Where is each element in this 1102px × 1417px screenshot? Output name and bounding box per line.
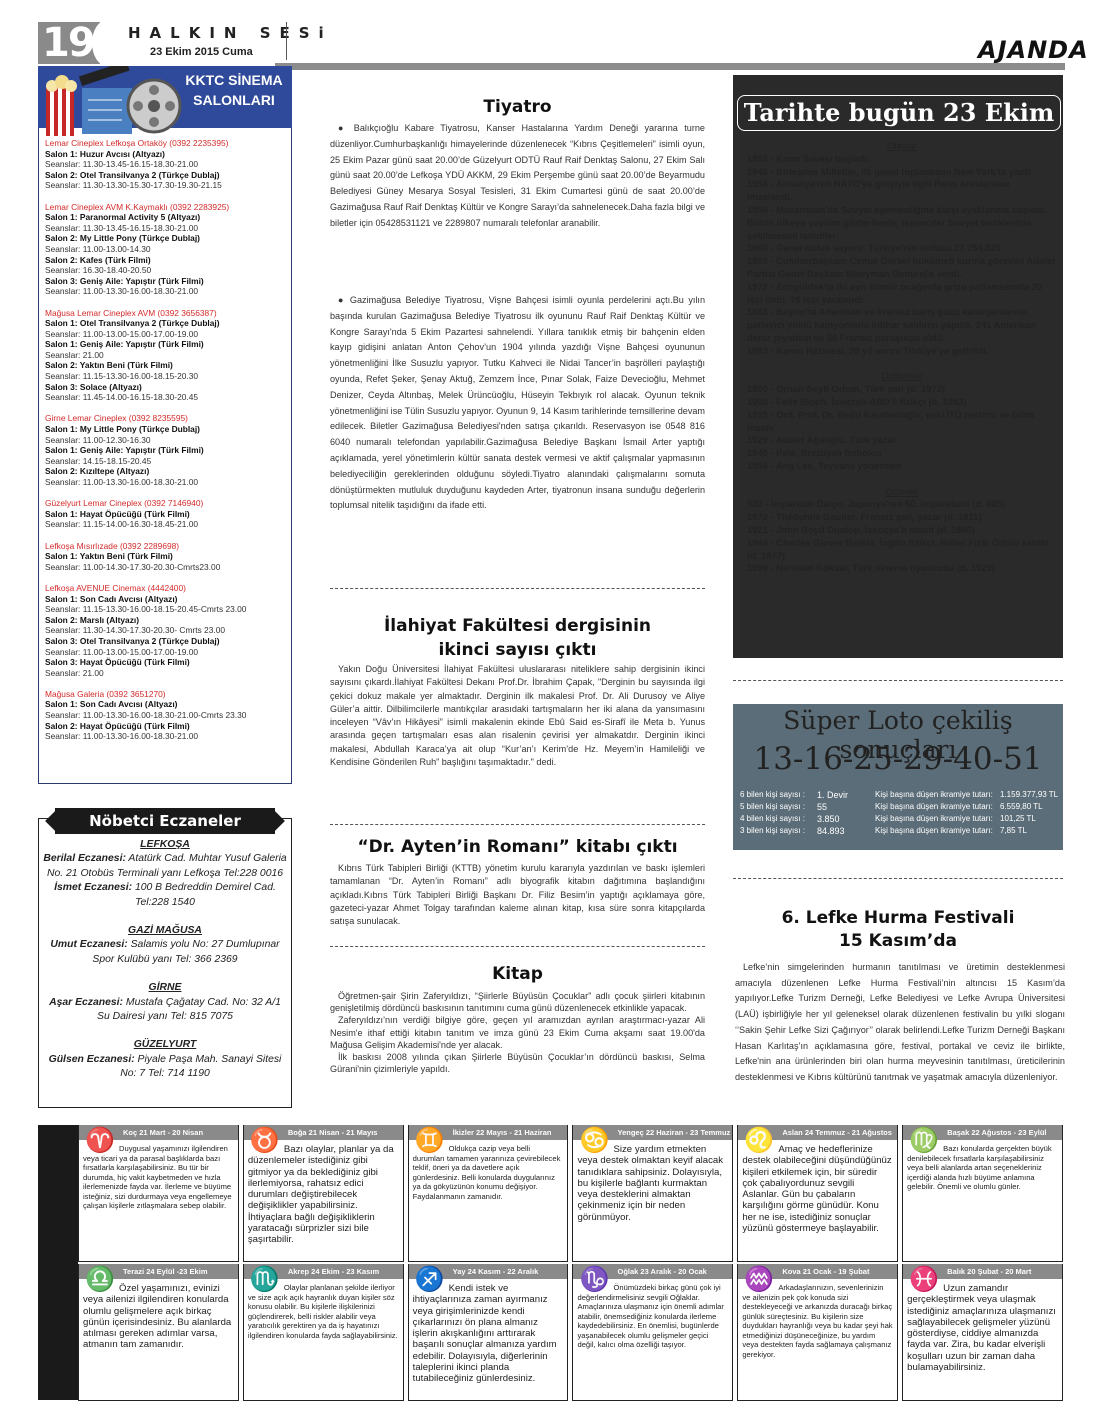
zodiac-sign-icon: ♉ xyxy=(248,1126,282,1156)
pharmacy-entry: Umut Eczanesi: Salamis yolu No: 27 Dumlu… xyxy=(42,938,288,967)
zodiac-sign-icon: ♐ xyxy=(413,1265,447,1295)
loto-label: 5 bilen kişi sayısı : xyxy=(740,801,817,813)
showtimes: Seanslar: 11.00-13.30-16.00-18.30-21.00 xyxy=(45,286,290,297)
pharmacy-name: Berilal Eczanesi: xyxy=(43,853,126,864)
salon-title: Salon 1: Yaktın Beni (Türk Filmi) xyxy=(45,551,290,562)
showtimes: Seanslar: 21.00 xyxy=(45,350,290,361)
cinema-title-line2: SALONLARI xyxy=(180,90,288,110)
salon-title: Salon 1: My Little Pony (Türkçe Dublaj) xyxy=(45,424,290,435)
history-item: 1954 - Almanya'nın NATO'ya girişiyle ilg… xyxy=(747,178,1057,204)
lefke-title-line1: 6. Lefke Hurma Festivali xyxy=(733,907,1063,930)
spacer xyxy=(42,967,288,981)
masthead-divider xyxy=(286,22,287,60)
page-number: 19 xyxy=(38,22,100,64)
history-item: 1999 - Neriman Köksal, Türk sinema oyunc… xyxy=(747,562,1057,575)
history-list: Olaylar1853 - Kırım Savaşı başladı.1946 … xyxy=(747,140,1057,575)
cinema-theater: Lemar Cineplex Lefkoşa Ortaköy (0392 223… xyxy=(45,138,290,191)
history-item: 1960 - Genel nüfus sayımı: Türkiye'nin n… xyxy=(747,242,1057,255)
article-body-tiyatro-1: ● Balıkçıoğlu Kabare Tiyatrosu, Kanser H… xyxy=(330,121,705,232)
cinema-title-line1: KKTC SİNEMA xyxy=(180,70,288,90)
history-title: Tarihte bugün 23 Ekim xyxy=(737,95,1061,131)
loto-prize: 101,25 TL xyxy=(1000,813,1036,825)
salon-title: Salon 1: Paranormal Activity 5 (Altyazı) xyxy=(45,212,290,223)
spacer xyxy=(42,1024,288,1038)
history-item: 1972 - Zonguldak'ta iki ayrı kömür ocağı… xyxy=(747,281,1057,307)
horoscope-card: Terazi 24 Eylül -23 Ekim♎Özel yaşamınızı… xyxy=(78,1264,239,1401)
horoscope-text: Kendi istek ve ihtiyaçlarınıza zaman ayı… xyxy=(413,1283,564,1385)
pharmacy-title: Nöbetci Eczaneler xyxy=(55,808,275,834)
kitap-paragraph-2: Zaferyıldızı’nın verdiği bilgiye göre, g… xyxy=(330,1014,705,1051)
pharmacy-address: 100 B Bedreddin Demirel Cad. Tel:228 154… xyxy=(132,882,276,907)
showtimes: Seanslar: 11.00-13.00-15.00-17.00-19.00 xyxy=(45,329,290,340)
showtimes: Seanslar: 11.30-13.30-15.30-17.30-19.30-… xyxy=(45,180,290,191)
showtimes: Seanslar: 11.15-13.30-16.00-18.15-20.30 xyxy=(45,371,290,382)
divider xyxy=(330,824,705,825)
cinema-list: Lemar Cineplex Lefkoşa Ortaköy (0392 223… xyxy=(45,138,290,752)
history-item: 1940 - Pelé, Brezilyalı futbolcu xyxy=(747,447,1057,460)
history-item: 1890 - Orhan Seyfi Orhon, Türk şair (ö. … xyxy=(747,383,1057,396)
lefke-title-line2: 15 Kasım’da xyxy=(733,930,1063,953)
salon-title: Salon 2: Kızıltepe (Altyazı) xyxy=(45,466,290,477)
horoscope-card: Yengeç 22 Haziran - 23 Temmuz♋Size yardı… xyxy=(572,1125,733,1262)
pharmacy-city: GİRNE xyxy=(42,981,288,995)
salon-title: Salon 2: Otel Transilvanya 2 (Türkçe Dub… xyxy=(45,170,290,181)
showtimes: Seanslar: 11.00-12.30-16.30 xyxy=(45,435,290,446)
horoscope-card: Boğa 21 Nisan - 21 Mayıs♉Bazı olaylar, p… xyxy=(243,1125,404,1262)
horoscope-text: Uzun zamandır gerçekleştirmek veya ulaşm… xyxy=(907,1283,1058,1373)
cinema-theater: Lemar Cineplex AVM K.Kaymaklı (0392 2283… xyxy=(45,202,290,297)
page-number-curve xyxy=(92,20,122,66)
pharmacy-entry: Berilal Eczanesi: Atatürk Cad. Muhtar Yu… xyxy=(42,852,288,881)
cinema-theater: Mağusa Lemar Cineplex AVM (0392 3656387)… xyxy=(45,308,290,403)
salon-title: Salon 1: Otel Transilvanya 2 (Türkçe Dub… xyxy=(45,318,290,329)
showtimes: Seanslar: 16.30-18.40-20.50 xyxy=(45,265,290,276)
loto-prize-label: Kişi başına düşen ikramiye tutarı: xyxy=(875,813,1000,825)
showtimes: Seanslar: 11.00-14.30-17.30-20.30-Cmrts2… xyxy=(45,562,290,573)
spacer xyxy=(42,910,288,924)
history-section-heading: Doğumlar xyxy=(747,370,1057,383)
pharmacy-entry: Gülsen Eczanesi: Piyale Paşa Mah. Sanayi… xyxy=(42,1053,288,1082)
horoscope-card: Yay 24 Kasım - 22 Aralık♐Kendi istek ve … xyxy=(408,1264,569,1401)
horoscope-card: Balık 20 Şubat - 20 Mart♓Uzun zamandır g… xyxy=(902,1264,1063,1401)
history-item: 1993 - Karun Hazinesi, 28 yıl sonra Türk… xyxy=(747,345,1057,358)
cinema-theater: Girne Lemar Cineplex (0392 8235595)Salon… xyxy=(45,413,290,487)
zodiac-sign-icon: ♈ xyxy=(83,1126,117,1156)
loto-results-table: 6 bilen kişi sayısı :1. DevirKişi başına… xyxy=(740,789,1060,837)
divider xyxy=(330,588,705,589)
loto-count: 55 xyxy=(817,801,875,813)
cinema-theater: Mağusa Galeria (0392 3651270)Salon 1: So… xyxy=(45,689,290,742)
showtimes: Seanslar: 11.30-13.45-16.15-18.30-21.00 xyxy=(45,223,290,234)
showtimes: Seanslar: 11.00-13.30-16.00-18.30-21.00-… xyxy=(45,710,290,721)
history-item: 1915 - Ord. Prof. Dr. Bedri Karafakioğlu… xyxy=(747,409,1057,435)
theater-name: Girne Lemar Cineplex (0392 8235595) xyxy=(45,413,290,424)
showtimes: Seanslar: 11.30-14.30-17.30-20.30- Cmrts… xyxy=(45,625,290,636)
pharmacy-list: LEFKOŞABerilal Eczanesi: Atatürk Cad. Mu… xyxy=(42,838,288,1082)
header-bar xyxy=(275,63,1065,70)
history-item: 1946 - Birleşmiş Milletler, ilk genel to… xyxy=(747,166,1057,179)
zodiac-sign-icon: ♑ xyxy=(577,1265,611,1295)
spacer xyxy=(747,473,1057,486)
issue-date: 23 Ekim 2015 Cuma xyxy=(150,46,253,58)
zodiac-sign-icon: ♒ xyxy=(742,1265,776,1295)
showtimes: Seanslar: 21.00 xyxy=(45,668,290,679)
loto-prize-label: Kişi başına düşen ikramiye tutarı: xyxy=(875,789,1000,801)
history-item: 1921 - John Boyd Dunlop, İskoçya'lı muci… xyxy=(747,524,1057,537)
history-section-heading: Ölümler xyxy=(747,486,1057,499)
showtimes: Seanslar: 14.15-18.15-20.45 xyxy=(45,456,290,467)
horoscope-side-banner xyxy=(38,1125,78,1400)
showtimes: Seanslar: 11.00-13.30-16.00-18.30-21.00 xyxy=(45,477,290,488)
loto-prize: 7,85 TL xyxy=(1000,825,1027,837)
history-item: 1853 - Kırım Savaşı başladı. xyxy=(747,153,1057,166)
zodiac-sign-icon: ♍ xyxy=(907,1126,941,1156)
horoscope-text: Bazı olaylar, planlar ya da düzenlemeler… xyxy=(248,1144,399,1246)
cinema-title: KKTC SİNEMA SALONLARI xyxy=(180,70,288,110)
loto-label: 4 bilen kişi sayısı : xyxy=(740,813,817,825)
showtimes: Seanslar: 11.00-13.00-14.30 xyxy=(45,244,290,255)
article-body-lefke: Lefke’nin simgelerinden hurmanın tanıtıl… xyxy=(735,960,1065,1086)
theater-name: Lefkoşa AVENUE Cinemax (4442400) xyxy=(45,583,290,594)
pharmacy-address: Mustafa Çağatay Cad. No: 32 A/1 Su Daire… xyxy=(97,997,281,1022)
showtimes: Seanslar: 11.00-13.00-15.00-17.00-19.00 xyxy=(45,647,290,658)
showtimes: Seanslar: 11.15-14.00-16.30-18.45-21.00 xyxy=(45,519,290,530)
salon-title: Salon 2: Hayat Öpücüğü (Türk Filmi) xyxy=(45,721,290,732)
cinema-theater: Lefkoşa Mısırlızade (0392 2289698)Salon … xyxy=(45,541,290,573)
history-item: 1905 - Felix Bloch, İsviçreli-ABD'li fiz… xyxy=(747,396,1057,409)
showtimes: Seanslar: 11.15-13.30-16.00-18.15-20.45-… xyxy=(45,604,290,615)
horoscope-text: Amaç ve hedeflerinize destek olabileceği… xyxy=(742,1144,893,1234)
horoscope-grid: Koç 21 Mart - 20 Nisan♈Duygusal yaşamını… xyxy=(78,1125,1063,1401)
salon-title: Salon 2: My Little Pony (Türkçe Dublaj) xyxy=(45,233,290,244)
theater-name: Mağusa Galeria (0392 3651270) xyxy=(45,689,290,700)
salon-title: Salon 3: Solace (Altyazı) xyxy=(45,382,290,393)
salon-title: Salon 3: Hayat Öpücüğü (Türk Filmi) xyxy=(45,657,290,668)
horoscope-card: İkizler 22 Mayıs - 21 Haziran♊Oldukça ca… xyxy=(408,1125,569,1262)
horoscope-card: Başak 22 Ağustos - 23 Eylül♍Bazı konular… xyxy=(902,1125,1063,1262)
theater-name: Mağusa Lemar Cineplex AVM (0392 3656387) xyxy=(45,308,290,319)
kitap-paragraph-1: Öğretmen-şair Şirin Zaferyıldızı, “Şiirl… xyxy=(330,990,705,1014)
loto-count: 1. Devir xyxy=(817,789,875,801)
showtimes: Seanslar: 11.00-13.30-16.00-18.30-21.00 xyxy=(45,731,290,742)
cinema-theater: Lefkoşa AVENUE Cinemax (4442400)Salon 1:… xyxy=(45,583,290,678)
horoscope-card: Kova 21 Ocak - 19 Şubat♒Arkadaşlarınızın… xyxy=(737,1264,898,1401)
loto-row: 4 bilen kişi sayısı :3.850Kişi başına dü… xyxy=(740,813,1060,825)
article-body-kitap: Öğretmen-şair Şirin Zaferyıldızı, “Şiirl… xyxy=(330,990,705,1075)
kitap-paragraph-3: İlk baskısı 2008 yılında çıkan Şiirlerle… xyxy=(330,1051,705,1075)
history-item: 1929 - Adalet Ağaoğlu, Türk yazar xyxy=(747,434,1057,447)
pharmacy-city: LEFKOŞA xyxy=(42,838,288,852)
history-item: 1965 - Cumhurbaşkanı Cemal Gürsel hüküme… xyxy=(747,255,1057,281)
horoscope-card: Oğlak 23 Aralık - 20 Ocak♑Önümüzdeki bir… xyxy=(572,1264,733,1401)
zodiac-sign-icon: ♌ xyxy=(742,1126,776,1156)
salon-title: Salon 1: Geniş Aile: Yapıştır (Türk Film… xyxy=(45,339,290,350)
zodiac-sign-icon: ♎ xyxy=(83,1265,117,1295)
section-title: AJANDA xyxy=(978,36,1089,64)
spacer xyxy=(747,358,1057,371)
zodiac-sign-icon: ♏ xyxy=(248,1265,282,1295)
pharmacy-name: Aşar Eczanesi: xyxy=(49,997,123,1008)
salon-title: Salon 3: Geniş Aile: Yapıştır (Türk Film… xyxy=(45,276,290,287)
history-section-heading: Olaylar xyxy=(747,140,1057,153)
zodiac-sign-icon: ♋ xyxy=(577,1126,611,1156)
showtimes: Seanslar: 11.45-14.00-16.15-18.30-20.45 xyxy=(45,392,290,403)
loto-row: 6 bilen kişi sayısı :1. DevirKişi başına… xyxy=(740,789,1060,801)
pharmacy-entry: İsmet Eczanesi: 100 B Bedreddin Demirel … xyxy=(42,881,288,910)
loto-prize-label: Kişi başına düşen ikramiye tutarı: xyxy=(875,801,1000,813)
history-item: 1956 - Macaristan'da Sovyet egemenliğine… xyxy=(747,204,1057,242)
history-item: 930 - İmparator Daigo, Japonya'nın 60. i… xyxy=(747,498,1057,511)
pharmacy-name: İsmet Eczanesi: xyxy=(54,882,132,893)
salon-title: Salon 2: Kafes (Türk Filmi) xyxy=(45,255,290,266)
article-body-tiyatro-2: ● Gazimağusa Belediye Tiyatrosu, Vişne B… xyxy=(330,293,705,514)
history-item: 1954 - Ang Lee, Tayvanlı yönetmen xyxy=(747,460,1057,473)
pharmacy-name: Gülsen Eczanesi: xyxy=(49,1054,135,1065)
loto-label: 3 bilen kişi sayısı : xyxy=(740,825,817,837)
popcorn-clapperboard-film-reel-icon xyxy=(42,66,192,136)
article-body-ayten: Kıbrıs Türk Tabipleri Birliği (KTTB) yön… xyxy=(330,862,705,928)
salon-title: Salon 1: Son Cadı Avcısı (Altyazı) xyxy=(45,594,290,605)
horoscope-card: Akrep 24 Ekim - 23 Kasım♏Olaylar planlan… xyxy=(243,1264,404,1401)
horoscope-card: Aslan 24 Temmuz - 21 Ağustos♌Amaç ve hed… xyxy=(737,1125,898,1262)
zodiac-sign-icon: ♓ xyxy=(907,1265,941,1295)
loto-prize: 1.159.377,93 TL xyxy=(1000,789,1058,801)
salon-title: Salon 1: Son Cadı Avcısı (Altyazı) xyxy=(45,699,290,710)
salon-title: Salon 1: Huzur Avcısı (Altyazı) xyxy=(45,149,290,160)
article-body-ilahiyat: Yakın Doğu Üniversitesi İlahiyat Fakülte… xyxy=(330,663,705,769)
salon-title: Salon 2: Marslı (Altyazı) xyxy=(45,615,290,626)
article-title-ayten: “Dr. Ayten’in Romanı” kitabı çıktı xyxy=(310,837,725,857)
pharmacy-address: Piyale Paşa Mah. Sanayi Sitesi No: 7 Tel… xyxy=(120,1054,281,1079)
loto-label: 6 bilen kişi sayısı : xyxy=(740,789,817,801)
loto-prize-label: Kişi başına düşen ikramiye tutarı: xyxy=(875,825,1000,837)
article-title-ilahiyat: İlahiyat Fakültesi dergisinin ikinci say… xyxy=(310,614,725,662)
pharmacy-city: GAZİ MAĞUSA xyxy=(42,924,288,938)
history-item: 1944 - Charles Glover Barkla, İngiliz fi… xyxy=(747,537,1057,563)
history-item: 1983 - Beyrut'ta Amerikan ve Fransız bar… xyxy=(747,306,1057,344)
cinema-theater: Güzelyurt Lemar Cineplex (0392 7146940)S… xyxy=(45,498,290,530)
pharmacy-name: Umut Eczanesi: xyxy=(50,939,127,950)
article-title-tiyatro: Tiyatro xyxy=(310,97,725,117)
divider xyxy=(733,878,1063,879)
theater-name: Güzelyurt Lemar Cineplex (0392 7146940) xyxy=(45,498,290,509)
theater-name: Lemar Cineplex AVM K.Kaymaklı (0392 2283… xyxy=(45,202,290,213)
article-title-kitap: Kitap xyxy=(310,964,725,984)
divider xyxy=(733,680,1063,681)
newspaper-masthead: HALKIN SESi xyxy=(128,24,333,42)
salon-title: Salon 1: Hayat Öpücüğü (Türk Filmi) xyxy=(45,509,290,520)
loto-row: 3 bilen kişi sayısı :84.893Kişi başına d… xyxy=(740,825,1060,837)
salon-title: Salon 3: Otel Transilvanya 2 (Türkçe Dub… xyxy=(45,636,290,647)
loto-count: 3.850 xyxy=(817,813,875,825)
showtimes: Seanslar: 11.30-13.45-16.15-18.30-21.00 xyxy=(45,159,290,170)
loto-prize: 6.559,80 TL xyxy=(1000,801,1043,813)
pharmacy-entry: Aşar Eczanesi: Mustafa Çağatay Cad. No: … xyxy=(42,996,288,1025)
pharmacy-city: GÜZELYURT xyxy=(42,1038,288,1052)
article-title-lefke: 6. Lefke Hurma Festivali 15 Kasım’da xyxy=(733,907,1063,953)
history-item: 1872 - Théophile Gautier, Fransız şair, … xyxy=(747,511,1057,524)
salon-title: Salon 1: Geniş Aile: Yapıştır (Türk Film… xyxy=(45,445,290,456)
loto-row: 5 bilen kişi sayısı :55Kişi başına düşen… xyxy=(740,801,1060,813)
theater-name: Lemar Cineplex Lefkoşa Ortaköy (0392 223… xyxy=(45,138,290,149)
loto-count: 84.893 xyxy=(817,825,875,837)
zodiac-sign-icon: ♊ xyxy=(413,1126,447,1156)
salon-title: Salon 2: Yaktın Beni (Türk Filmi) xyxy=(45,360,290,371)
theater-name: Lefkoşa Mısırlızade (0392 2289698) xyxy=(45,541,290,552)
loto-numbers: 13-16-25-29-40-51 xyxy=(733,741,1063,777)
divider xyxy=(330,946,705,947)
horoscope-card: Koç 21 Mart - 20 Nisan♈Duygusal yaşamını… xyxy=(78,1125,239,1262)
